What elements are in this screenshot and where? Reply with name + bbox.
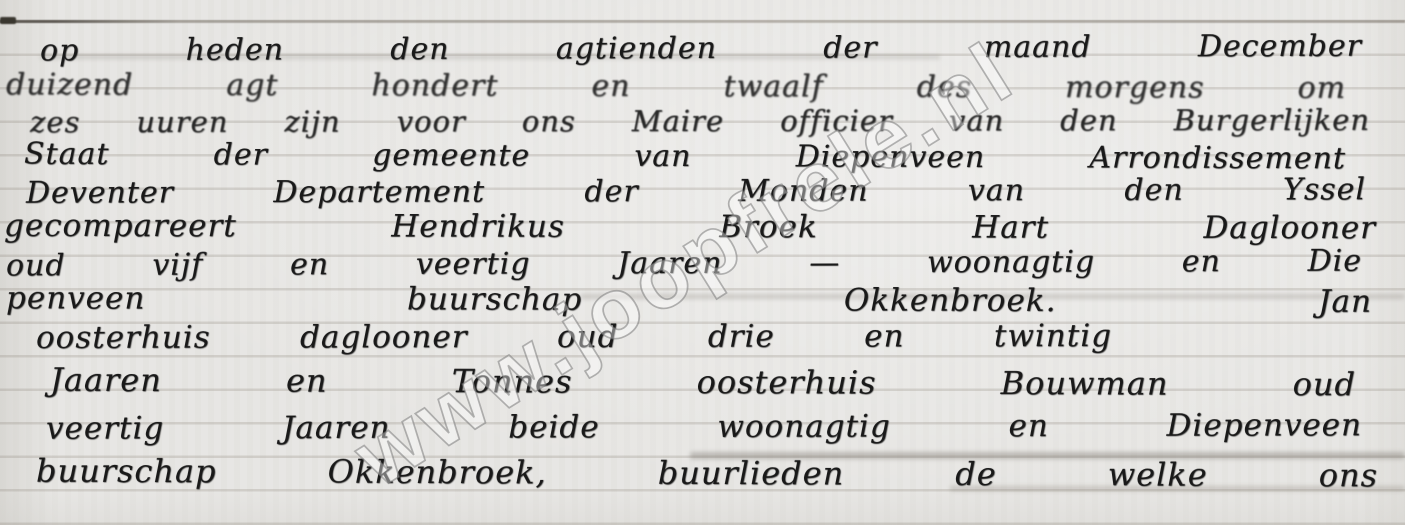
manuscript-line: Staat der gemeente van Diepenveen Arrond… xyxy=(24,138,1346,177)
manuscript-line: veertig Jaaren beide woonagtig en Diepen… xyxy=(46,408,1362,447)
manuscript-line: buurschap Okkenbroek, buurlieden de welk… xyxy=(36,453,1378,494)
manuscript-line: op heden den agtienden der maand Decembe… xyxy=(40,30,1362,69)
document-scan: op heden den agtienden der maand Decembe… xyxy=(0,0,1405,525)
manuscript-line: Jaaren en Tonnes oosterhuis Bouwman oud xyxy=(50,362,1356,403)
manuscript-line: zes uuren zijn voor ons Maire officier v… xyxy=(30,104,1370,140)
ink-corner-mark xyxy=(0,17,16,24)
top-ruled-line xyxy=(0,20,1405,23)
manuscript-line: duizend agt hondert en twaalf des morgen… xyxy=(6,68,1346,106)
